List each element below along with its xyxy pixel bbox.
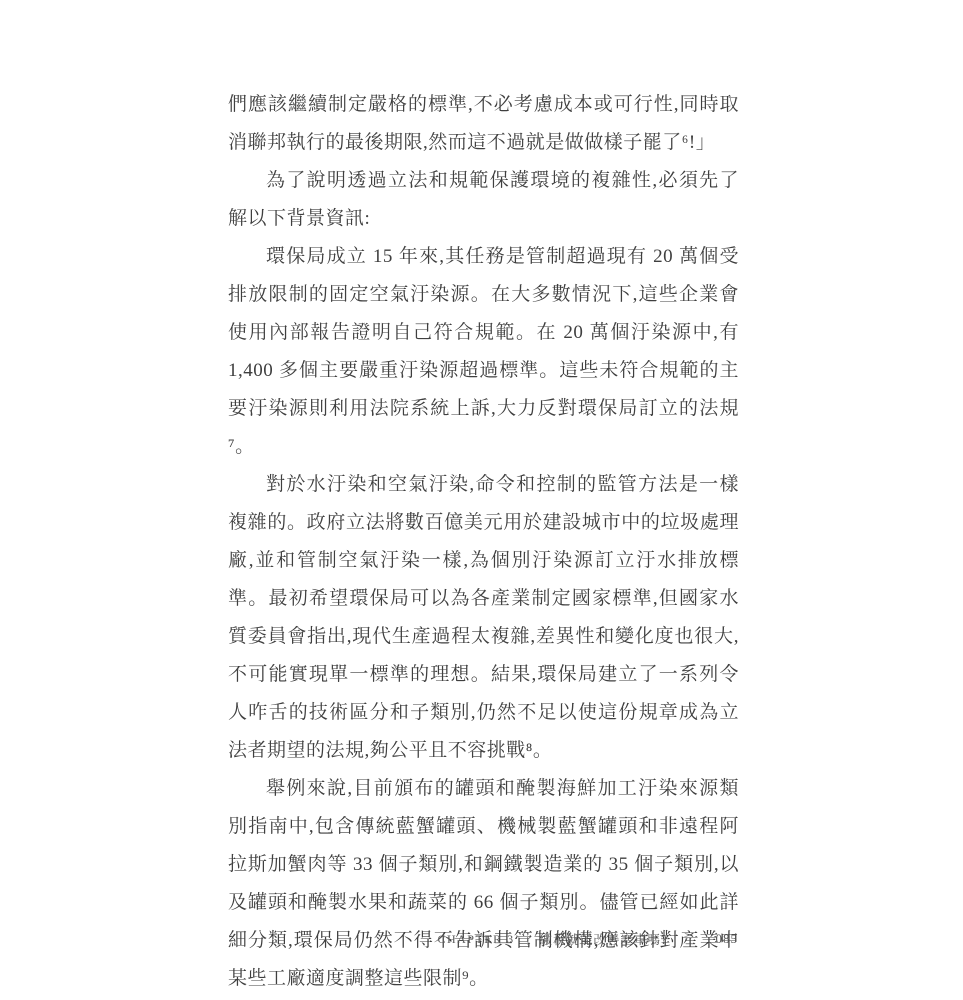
book-page: 們應該繼續制定嚴格的標準,不必考慮成本或可行性,同時取消聯邦執行的最後期限,然而…	[0, 0, 963, 1000]
page-footer: CHAPTER 3 | 繳稅就能改善塞車嗎? 085	[437, 930, 738, 948]
paragraph-continuation: 們應該繼續制定嚴格的標準,不必考慮成本或可行性,同時取消聯邦執行的最後期限,然而…	[228, 86, 739, 162]
paragraph: 為了說明透過立法和規範保護環境的複雜性,必須先了解以下背景資訊:	[228, 162, 739, 238]
paragraph: 對於水汙染和空氣汙染,命令和控制的監管方法是一樣複雜的。政府立法將數百億美元用於…	[228, 466, 739, 770]
paragraph: 環保局成立 15 年來,其任務是管制超過現有 20 萬個受排放限制的固定空氣汙染…	[228, 238, 739, 466]
paragraph: 舉例來說,目前頒布的罐頭和醃製海鮮加工汙染來源類別指南中,包含傳統藍蟹罐頭、機械…	[228, 770, 739, 998]
page-number: 085	[716, 931, 739, 947]
body-text: 們應該繼續制定嚴格的標準,不必考慮成本或可行性,同時取消聯邦執行的最後期限,然而…	[228, 86, 739, 998]
chapter-label: CHAPTER 3	[437, 932, 514, 947]
chapter-title: 繳稅就能改善塞車嗎?	[539, 930, 667, 948]
footer-separator: |	[526, 931, 528, 947]
